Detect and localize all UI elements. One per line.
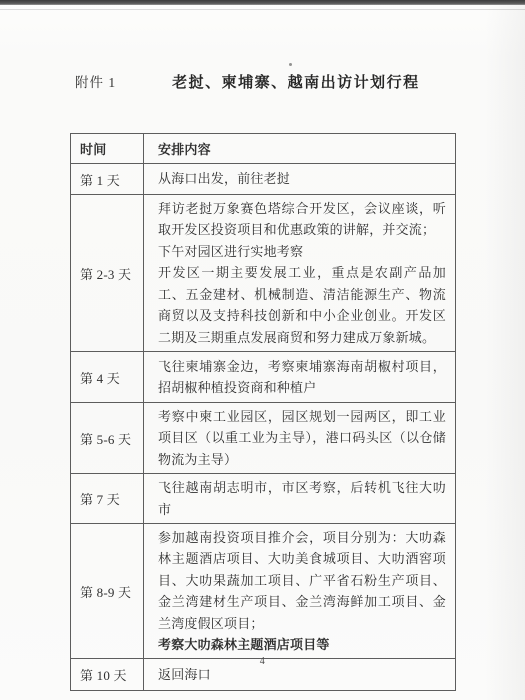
paragraph: 开发区一期主要发展工业，重点是农副产品加工、五金建材、机械制造、清洁能源生产、物…: [158, 262, 446, 348]
attachment-label: 附件 1: [75, 71, 116, 91]
page-number: 4: [0, 656, 525, 667]
content-cell: 从海口出发，前往老挝: [144, 164, 456, 195]
content-cell: 飞往越南胡志明市，市区考察，后转机飞往大叻市: [144, 474, 456, 524]
table-row-day-1: 第 1 天 从海口出发，前往老挝: [71, 164, 456, 195]
table-row-day-7: 第 7 天 飞往越南胡志明市，市区考察，后转机飞往大叻市: [71, 474, 456, 524]
content-cell: 参加越南投资项目推介会，项目分别为：大叻森林主题酒店项目、大叻美食城项目、大叻酒…: [144, 524, 456, 659]
content-cell: 拜访老挝万象赛色塔综合开发区，会议座谈，听取开发区投资项目和优惠政策的讲解，并交…: [144, 195, 456, 352]
table-row-day-8-9: 第 8-9 天 参加越南投资项目推介会，项目分别为：大叻森林主题酒店项目、大叻美…: [71, 524, 456, 659]
table-row-day-5-6: 第 5-6 天 考察中柬工业园区，园区规划一园两区，即工业项目区（以重工业为主导…: [71, 403, 456, 474]
content-cell: 飞往柬埔寨金边，考察柬埔寨海南胡椒村项目，招胡椒种植投资商和种植户: [144, 352, 456, 403]
day-cell: 第 5-6 天: [71, 403, 144, 474]
document-title: 老挝、柬埔寨、越南出访计划行程: [172, 71, 420, 92]
scanned-document-page: 附件 1 老挝、柬埔寨、越南出访计划行程 时间 安排内容 第 1 天 从海口出发…: [0, 0, 525, 700]
day-cell: 第 7 天: [71, 474, 144, 524]
table-row-day-4: 第 4 天 飞往柬埔寨金边，考察柬埔寨海南胡椒村项目，招胡椒种植投资商和种植户: [71, 352, 456, 403]
document-heading: 附件 1 老挝、柬埔寨、越南出访计划行程: [75, 71, 455, 92]
scan-speck: [289, 63, 292, 66]
header-cell-content: 安排内容: [144, 134, 456, 164]
itinerary-table: 时间 安排内容 第 1 天 从海口出发，前往老挝 第 2-3 天 拜访老挝万象赛…: [70, 133, 456, 691]
scan-artifact-line: [0, 9, 525, 10]
paragraph: 考察中柬工业园区，园区规划一园两区，即工业项目区（以重工业为主导），港口码头区（…: [158, 406, 446, 470]
paragraph: 飞往柬埔寨金边，考察柬埔寨海南胡椒村项目，招胡椒种植投资商和种植户: [158, 356, 446, 399]
table-header-row: 时间 安排内容: [71, 134, 456, 164]
content-cell: 考察中柬工业园区，园区规划一园两区，即工业项目区（以重工业为主导），港口码头区（…: [144, 403, 456, 474]
day-cell: 第 2-3 天: [71, 195, 144, 352]
day-cell: 第 1 天: [71, 164, 144, 195]
paragraph: 下午对园区进行实地考察: [158, 241, 446, 262]
paragraph: 飞往越南胡志明市，市区考察，后转机飞往大叻市: [158, 477, 446, 520]
day-cell: 第 4 天: [71, 352, 144, 403]
scan-top-edge-bar: [0, 0, 525, 5]
header-cell-time: 时间: [71, 134, 144, 164]
paragraph: 参加越南投资项目推介会，项目分别为：大叻森林主题酒店项目、大叻美食城项目、大叻酒…: [158, 527, 446, 634]
bold-paragraph: 考察大叻森林主题酒店项目等: [158, 634, 446, 655]
paragraph: 从海口出发，前往老挝: [158, 168, 446, 189]
table-row-day-2-3: 第 2-3 天 拜访老挝万象赛色塔综合开发区，会议座谈，听取开发区投资项目和优惠…: [71, 195, 456, 352]
day-cell: 第 8-9 天: [71, 524, 144, 659]
paragraph: 返回海口: [158, 664, 446, 685]
scan-edge-shading: [485, 0, 525, 700]
paragraph: 拜访老挝万象赛色塔综合开发区，会议座谈，听取开发区投资项目和优惠政策的讲解，并交…: [158, 198, 446, 241]
